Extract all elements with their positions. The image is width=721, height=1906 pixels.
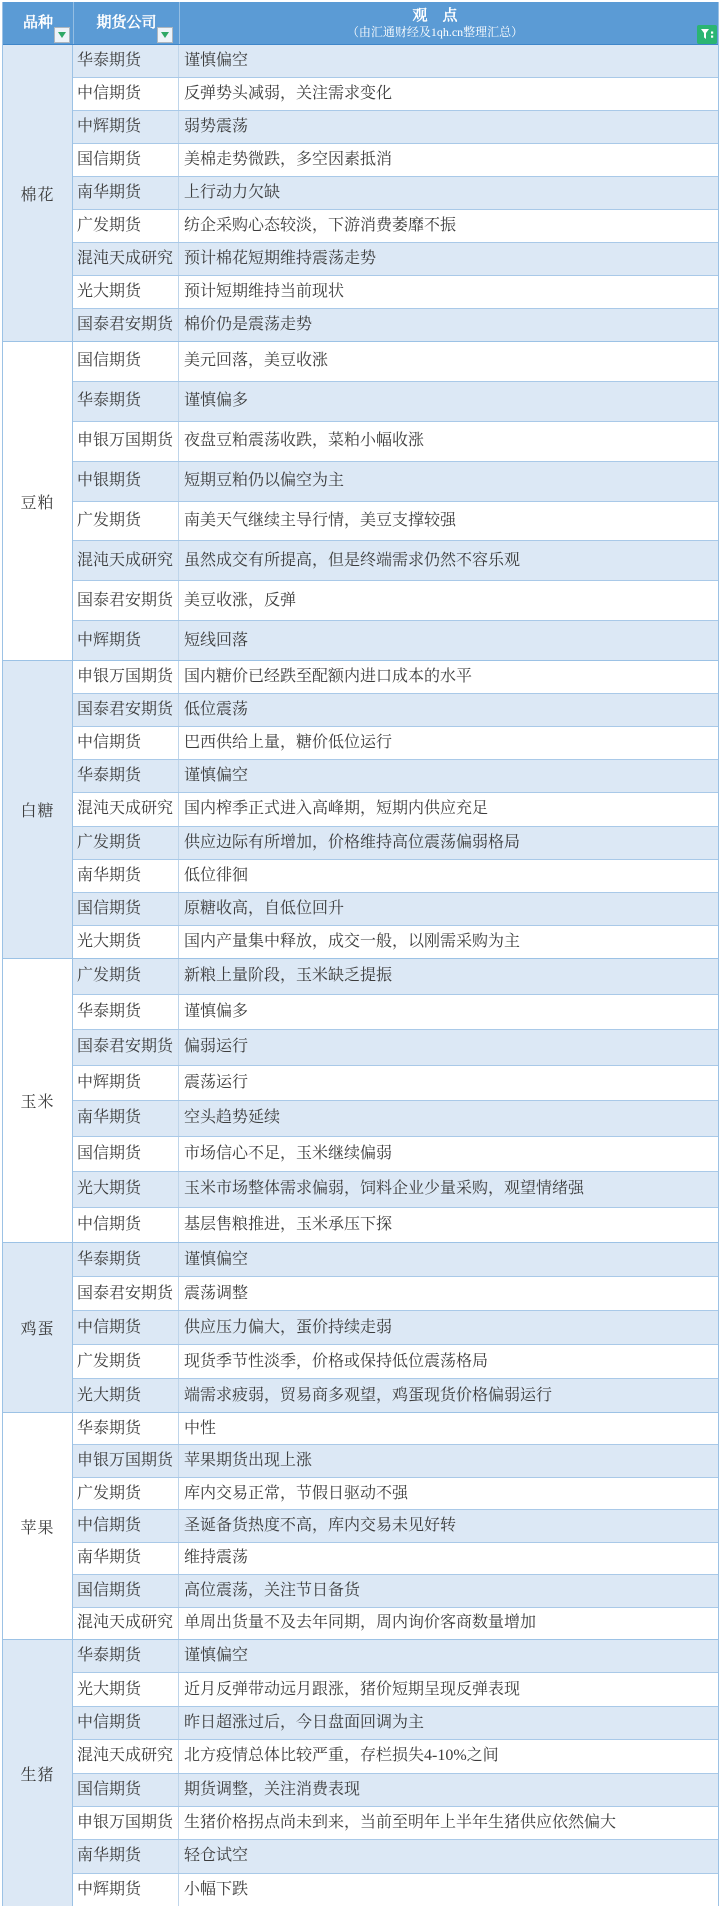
view-cell: 空头趋势延续 [179,1101,718,1136]
view-cell: 供应边际有所增加，价格维持高位震荡偏弱格局 [179,827,718,859]
table-row: 广发期货新粮上量阶段，玉米缺乏提振 [73,959,718,995]
table-row: 华泰期货谨慎偏空 [73,1640,718,1673]
table-row: 中信期货供应压力偏大，蛋价持续走弱 [73,1311,718,1345]
table-row: 广发期货纺企采购心态较淡，下游消费萎靡不振 [73,210,718,243]
company-cell: 中信期货 [73,1208,179,1243]
view-cell: 玉米市场整体需求偏弱，饲料企业少量采购，观望情绪强 [179,1172,718,1207]
variety-filter-button[interactable] [54,27,70,43]
commodity-group: 白糖申银万国期货国内糖价已经跌至配额内进口成本的水平国泰君安期货低位震荡中信期货… [3,661,718,959]
table-row: 国泰君安期货低位震荡 [73,694,718,727]
company-cell: 广发期货 [73,959,179,994]
view-cell: 单周出货量不及去年同期，周内询价客商数量增加 [179,1608,718,1639]
view-cell: 高位震荡，关注节日备货 [179,1575,718,1606]
company-cell: 南华期货 [73,1840,179,1872]
view-cell: 新粮上量阶段，玉米缺乏提振 [179,959,718,994]
table-row: 南华期货低位徘徊 [73,860,718,893]
group-rows: 华泰期货谨慎偏空国泰君安期货震荡调整中信期货供应压力偏大，蛋价持续走弱广发期货现… [73,1243,718,1412]
company-cell: 混沌天成研究 [73,1608,179,1639]
table-row: 华泰期货谨慎偏多 [73,995,718,1031]
company-cell: 中辉期货 [73,1066,179,1101]
company-cell: 国信期货 [73,1575,179,1606]
view-cell: 美棉走势微跌，多空因素抵消 [179,144,718,176]
dropdown-arrow-icon [161,32,169,38]
view-cell: 低位震荡 [179,694,718,726]
company-cell: 华泰期货 [73,995,179,1030]
view-cell: 短线回落 [179,621,718,660]
company-cell: 华泰期货 [73,1243,179,1276]
company-cell: 中信期货 [73,1510,179,1541]
view-cell: 现货季节性淡季，价格或保持低位震荡格局 [179,1345,718,1378]
view-cell: 谨慎偏空 [179,45,718,77]
commodity-group: 鸡蛋华泰期货谨慎偏空国泰君安期货震荡调整中信期货供应压力偏大，蛋价持续走弱广发期… [3,1243,718,1413]
table-row: 广发期货现货季节性淡季，价格或保持低位震荡格局 [73,1345,718,1379]
table-row: 中辉期货震荡运行 [73,1066,718,1102]
view-cell: 库内交易正常，节假日驱动不强 [179,1478,718,1509]
company-cell: 华泰期货 [73,45,179,77]
view-cell: 国内榨季正式进入高峰期，短期内供应充足 [179,793,718,825]
table-row: 混沌天成研究国内榨季正式进入高峰期，短期内供应充足 [73,793,718,826]
company-cell: 光大期货 [73,1673,179,1705]
filter-funnel-icon[interactable] [697,25,717,44]
view-cell: 圣诞备货热度不高，库内交易未见好转 [179,1510,718,1541]
company-cell: 华泰期货 [73,382,179,421]
company-cell: 南华期货 [73,177,179,209]
company-header-label: 期货公司 [96,16,156,31]
table-row: 国信期货美棉走势微跌，多空因素抵消 [73,144,718,177]
company-cell: 国泰君安期货 [73,581,179,620]
table-row: 国泰君安期货震荡调整 [73,1277,718,1311]
company-cell: 南华期货 [73,1543,179,1574]
company-cell: 申银万国期货 [73,1445,179,1476]
company-cell: 中信期货 [73,1707,179,1739]
variety-header-label: 品种 [23,16,53,31]
company-cell: 国信期货 [73,1774,179,1806]
view-cell: 虽然成交有所提高，但是终端需求仍然不容乐观 [179,541,718,580]
table-row: 混沌天成研究单周出货量不及去年同期，周内询价客商数量增加 [73,1608,718,1639]
view-cell: 预计短期维持当前现状 [179,276,718,308]
table-row: 光大期货国内产量集中释放，成交一般，以刚需采购为主 [73,926,718,958]
company-cell: 广发期货 [73,210,179,242]
table-row: 南华期货轻仓试空 [73,1840,718,1873]
table-row: 光大期货近月反弹带动远月跟涨，猪价短期呈现反弹表现 [73,1673,718,1706]
table-row: 广发期货南美天气继续主导行情，美豆支撑较强 [73,502,718,542]
view-cell: 轻仓试空 [179,1840,718,1872]
view-cell: 谨慎偏多 [179,382,718,421]
header-cell-variety: 品种 [3,2,73,44]
commodity-group: 豆粕国信期货美元回落，美豆收涨华泰期货谨慎偏多申银万国期货夜盘豆粕震荡收跌，菜粕… [3,342,718,661]
company-cell: 国信期货 [73,342,179,381]
table-row: 南华期货维持震荡 [73,1543,718,1575]
table-row: 国泰君安期货美豆收涨，反弹 [73,581,718,621]
commodity-group: 苹果华泰期货中性申银万国期货苹果期货出现上涨广发期货库内交易正常，节假日驱动不强… [3,1413,718,1640]
table-row: 申银万国期货生猪价格拐点尚未到来，当前至明年上半年生猪供应依然偏大 [73,1807,718,1840]
table-row: 中银期货短期豆粕仍以偏空为主 [73,462,718,502]
company-cell: 国泰君安期货 [73,309,179,341]
table-header: 品种 期货公司 观 点 （由汇通财经及1qh.cn整理汇总） [3,2,718,45]
view-header-title: 观 点 [412,8,457,25]
table-row: 混沌天成研究预计棉花短期维持震荡走势 [73,243,718,276]
view-cell: 偏弱运行 [179,1030,718,1065]
table-row: 国泰君安期货偏弱运行 [73,1030,718,1066]
company-cell: 中辉期货 [73,621,179,660]
view-cell: 供应压力偏大，蛋价持续走弱 [179,1311,718,1344]
view-cell: 预计棉花短期维持震荡走势 [179,243,718,275]
view-cell: 近月反弹带动远月跟涨，猪价短期呈现反弹表现 [179,1673,718,1705]
company-cell: 华泰期货 [73,1413,179,1444]
company-cell: 华泰期货 [73,760,179,792]
company-cell: 广发期货 [73,827,179,859]
header-cell-view: 观 点 （由汇通财经及1qh.cn整理汇总） [179,2,718,44]
company-cell: 光大期货 [73,1172,179,1207]
view-cell: 棉价仍是震荡走势 [179,309,718,341]
company-cell: 光大期货 [73,1379,179,1412]
company-cell: 申银万国期货 [73,1807,179,1839]
view-cell: 上行动力欠缺 [179,177,718,209]
table-row: 中信期货圣诞备货热度不高，库内交易未见好转 [73,1510,718,1542]
table-row: 华泰期货谨慎偏空 [73,760,718,793]
view-cell: 昨日超涨过后，今日盘面回调为主 [179,1707,718,1739]
table-row: 光大期货端需求疲弱，贸易商多观望，鸡蛋现货价格偏弱运行 [73,1379,718,1412]
variety-cell: 鸡蛋 [3,1243,73,1412]
table-row: 中辉期货弱势震荡 [73,111,718,144]
view-cell: 巴西供给上量，糖价低位运行 [179,727,718,759]
table-row: 申银万国期货夜盘豆粕震荡收跌，菜粕小幅收涨 [73,422,718,462]
header-cell-company: 期货公司 [73,2,179,44]
company-cell: 混沌天成研究 [73,541,179,580]
view-cell: 原糖收高，自低位回升 [179,893,718,925]
table-row: 国信期货高位震荡，关注节日备货 [73,1575,718,1607]
variety-cell: 白糖 [3,661,73,958]
opinion-table: 品种 期货公司 观 点 （由汇通财经及1qh.cn整理汇总） 棉花华泰期货谨慎偏… [2,2,719,1906]
table-row: 混沌天成研究虽然成交有所提高，但是终端需求仍然不容乐观 [73,541,718,581]
dropdown-arrow-icon [58,32,66,38]
view-cell: 小幅下跌 [179,1874,718,1906]
company-cell: 中银期货 [73,462,179,501]
view-cell: 南美天气继续主导行情，美豆支撑较强 [179,502,718,541]
company-cell: 国信期货 [73,893,179,925]
variety-cell: 玉米 [3,959,73,1242]
company-cell: 申银万国期货 [73,422,179,461]
table-row: 国信期货美元回落，美豆收涨 [73,342,718,382]
view-cell: 低位徘徊 [179,860,718,892]
company-cell: 混沌天成研究 [73,1740,179,1772]
company-cell: 南华期货 [73,860,179,892]
table-row: 华泰期货中性 [73,1413,718,1445]
table-row: 申银万国期货苹果期货出现上涨 [73,1445,718,1477]
company-cell: 中信期货 [73,727,179,759]
table-row: 光大期货预计短期维持当前现状 [73,276,718,309]
group-rows: 广发期货新粮上量阶段，玉米缺乏提振华泰期货谨慎偏多国泰君安期货偏弱运行中辉期货震… [73,959,718,1242]
company-cell: 国泰君安期货 [73,1030,179,1065]
table-body: 棉花华泰期货谨慎偏空中信期货反弹势头减弱，关注需求变化中辉期货弱势震荡国信期货美… [3,45,718,1906]
company-cell: 光大期货 [73,276,179,308]
view-cell: 谨慎偏空 [179,1243,718,1276]
commodity-group: 棉花华泰期货谨慎偏空中信期货反弹势头减弱，关注需求变化中辉期货弱势震荡国信期货美… [3,45,718,342]
view-cell: 基层售粮推进，玉米承压下探 [179,1208,718,1243]
group-rows: 国信期货美元回落，美豆收涨华泰期货谨慎偏多申银万国期货夜盘豆粕震荡收跌，菜粕小幅… [73,342,718,660]
group-rows: 申银万国期货国内糖价已经跌至配额内进口成本的水平国泰君安期货低位震荡中信期货巴西… [73,661,718,958]
company-cell: 广发期货 [73,502,179,541]
view-cell: 端需求疲弱，贸易商多观望，鸡蛋现货价格偏弱运行 [179,1379,718,1412]
table-row: 广发期货库内交易正常，节假日驱动不强 [73,1478,718,1510]
view-cell: 北方疫情总体比较严重，存栏损失4-10%之间 [179,1740,718,1772]
variety-cell: 苹果 [3,1413,73,1639]
variety-cell: 豆粕 [3,342,73,660]
company-cell: 混沌天成研究 [73,243,179,275]
view-cell: 生猪价格拐点尚未到来，当前至明年上半年生猪供应依然偏大 [179,1807,718,1839]
table-row: 国泰君安期货棉价仍是震荡走势 [73,309,718,341]
view-cell: 美豆收涨，反弹 [179,581,718,620]
table-row: 国信期货原糖收高，自低位回升 [73,893,718,926]
table-row: 国信期货期货调整，关注消费表现 [73,1774,718,1807]
view-cell: 维持震荡 [179,1543,718,1574]
variety-cell: 棉花 [3,45,73,341]
table-row: 广发期货供应边际有所增加，价格维持高位震荡偏弱格局 [73,827,718,860]
company-cell: 国信期货 [73,1137,179,1172]
commodity-group: 生猪华泰期货谨慎偏空光大期货近月反弹带动远月跟涨，猪价短期呈现反弹表现中信期货昨… [3,1640,718,1906]
table-row: 中辉期货短线回落 [73,621,718,660]
view-header-subtitle: （由汇通财经及1qh.cn整理汇总） [347,25,523,39]
view-cell: 谨慎偏空 [179,1640,718,1672]
table-row: 申银万国期货国内糖价已经跌至配额内进口成本的水平 [73,661,718,694]
company-cell: 国泰君安期货 [73,694,179,726]
company-cell: 中辉期货 [73,1874,179,1906]
table-row: 中信期货反弹势头减弱，关注需求变化 [73,78,718,111]
company-cell: 申银万国期货 [73,661,179,693]
view-cell: 震荡运行 [179,1066,718,1101]
table-row: 光大期货玉米市场整体需求偏弱，饲料企业少量采购，观望情绪强 [73,1172,718,1208]
table-row: 中辉期货小幅下跌 [73,1874,718,1906]
view-cell: 短期豆粕仍以偏空为主 [179,462,718,501]
view-cell: 夜盘豆粕震荡收跌，菜粕小幅收涨 [179,422,718,461]
table-row: 中信期货昨日超涨过后，今日盘面回调为主 [73,1707,718,1740]
company-filter-button[interactable] [157,27,173,43]
company-cell: 南华期货 [73,1101,179,1136]
company-cell: 中信期货 [73,1311,179,1344]
view-cell: 中性 [179,1413,718,1444]
group-rows: 华泰期货中性申银万国期货苹果期货出现上涨广发期货库内交易正常，节假日驱动不强中信… [73,1413,718,1639]
view-cell: 震荡调整 [179,1277,718,1310]
table-row: 华泰期货谨慎偏空 [73,45,718,78]
company-cell: 中辉期货 [73,111,179,143]
view-cell: 谨慎偏空 [179,760,718,792]
table-row: 中信期货巴西供给上量，糖价低位运行 [73,727,718,760]
view-cell: 反弹势头减弱，关注需求变化 [179,78,718,110]
view-cell: 苹果期货出现上涨 [179,1445,718,1476]
company-cell: 混沌天成研究 [73,793,179,825]
table-row: 国信期货市场信心不足，玉米继续偏弱 [73,1137,718,1173]
company-cell: 广发期货 [73,1478,179,1509]
table-row: 混沌天成研究北方疫情总体比较严重，存栏损失4-10%之间 [73,1740,718,1773]
view-cell: 谨慎偏多 [179,995,718,1030]
commodity-group: 玉米广发期货新粮上量阶段，玉米缺乏提振华泰期货谨慎偏多国泰君安期货偏弱运行中辉期… [3,959,718,1243]
company-cell: 华泰期货 [73,1640,179,1672]
view-cell: 纺企采购心态较淡，下游消费萎靡不振 [179,210,718,242]
group-rows: 华泰期货谨慎偏空光大期货近月反弹带动远月跟涨，猪价短期呈现反弹表现中信期货昨日超… [73,1640,718,1906]
table-row: 华泰期货谨慎偏空 [73,1243,718,1277]
view-cell: 国内产量集中释放，成交一般，以刚需采购为主 [179,926,718,958]
group-rows: 华泰期货谨慎偏空中信期货反弹势头减弱，关注需求变化中辉期货弱势震荡国信期货美棉走… [73,45,718,341]
table-row: 南华期货空头趋势延续 [73,1101,718,1137]
company-cell: 中信期货 [73,78,179,110]
company-cell: 国信期货 [73,144,179,176]
view-cell: 期货调整，关注消费表现 [179,1774,718,1806]
company-cell: 国泰君安期货 [73,1277,179,1310]
view-cell: 弱势震荡 [179,111,718,143]
table-row: 南华期货上行动力欠缺 [73,177,718,210]
table-row: 中信期货基层售粮推进，玉米承压下探 [73,1208,718,1243]
company-cell: 光大期货 [73,926,179,958]
company-cell: 广发期货 [73,1345,179,1378]
view-cell: 美元回落，美豆收涨 [179,342,718,381]
table-row: 华泰期货谨慎偏多 [73,382,718,422]
view-cell: 市场信心不足，玉米继续偏弱 [179,1137,718,1172]
view-cell: 国内糖价已经跌至配额内进口成本的水平 [179,661,718,693]
variety-cell: 生猪 [3,1640,73,1906]
